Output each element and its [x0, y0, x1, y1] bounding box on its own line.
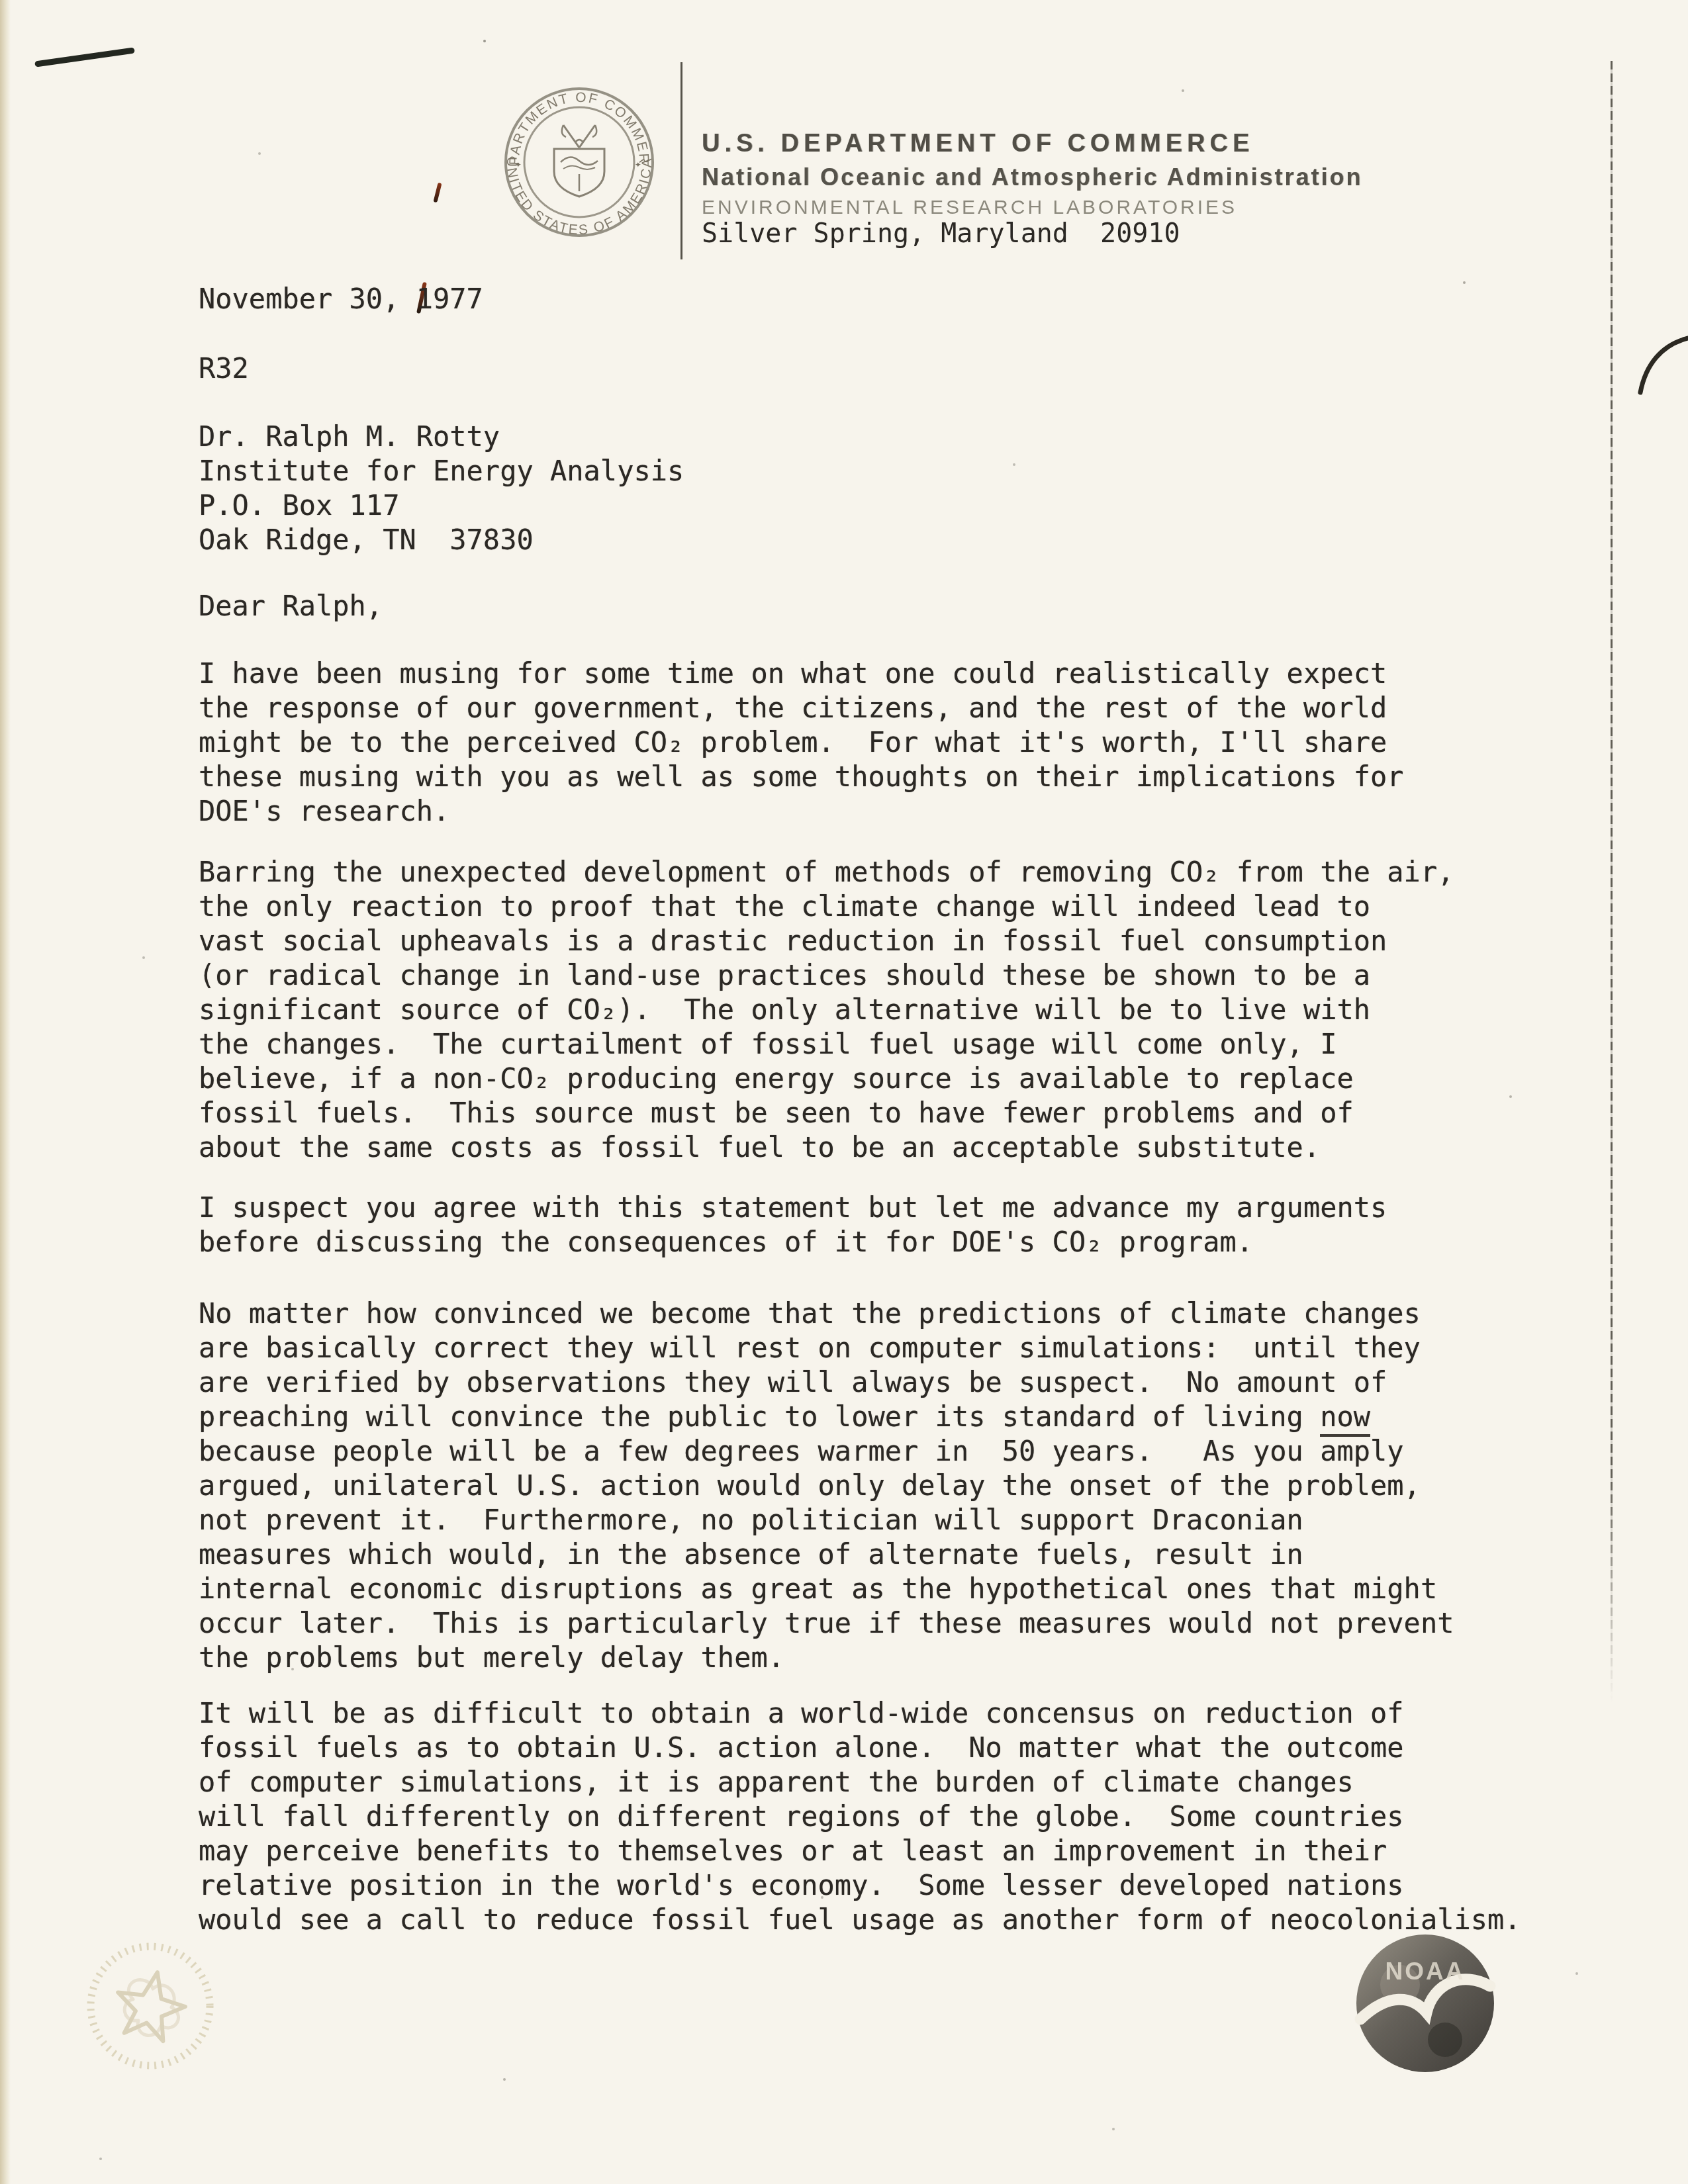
letter-paragraph: I suspect you agree with this statement …: [199, 1191, 1387, 1259]
paper-edge-shadow: [0, 0, 11, 2184]
seal-star: ✦: [515, 158, 522, 170]
recipient-address-block: Dr. Ralph M. RottyInstitute for Energy A…: [199, 420, 684, 557]
letter-line: would see a call to reduce fossil fuel u…: [199, 1903, 1521, 1937]
letter-line: Institute for Energy Analysis: [199, 454, 684, 488]
letter-paragraph: Barring the unexpected development of me…: [199, 855, 1454, 1165]
letter-line: not prevent it. Furthermore, no politici…: [199, 1503, 1454, 1537]
letterhead-agency: National Oceanic and Atmospheric Adminis…: [702, 163, 1362, 191]
letterhead-address: Silver Spring, Maryland 20910: [702, 218, 1180, 249]
letter-line: No matter how convinced we become that t…: [199, 1297, 1454, 1331]
underlined-word: now: [1320, 1400, 1370, 1437]
bicentennial-stamp-icon: [79, 1936, 221, 2076]
letter-line: the only reaction to proof that the clim…: [199, 889, 1454, 924]
letter-line: Oak Ridge, TN 37830: [199, 523, 684, 557]
letter-line: might be to the perceived CO₂ problem. F…: [199, 725, 1404, 760]
letter-line: before discussing the consequences of it…: [199, 1225, 1387, 1259]
letterhead-office: ENVIRONMENTAL RESEARCH LABORATORIES: [702, 197, 1237, 219]
line-segment: preaching will convince the public to lo…: [199, 1400, 1320, 1433]
letter-line: the response of our government, the citi…: [199, 691, 1404, 725]
letter-line: measures which would, in the absence of …: [199, 1537, 1454, 1572]
letter-line: Dr. Ralph M. Rotty: [199, 420, 684, 454]
pen-mark: [34, 47, 135, 67]
letter-date: November 30, 1977: [199, 282, 483, 316]
letter-line: the changes. The curtailment of fossil f…: [199, 1027, 1454, 1062]
letter-line: about the same costs as fossil fuel to b…: [199, 1130, 1454, 1165]
letter-line: preaching will convince the public to lo…: [199, 1400, 1454, 1434]
scan-speckles: [0, 0, 3, 3]
letter-line: because people will be a few degrees war…: [199, 1434, 1454, 1469]
letter-line: will fall differently on different regio…: [199, 1799, 1521, 1834]
letter-line: these musing with you as well as some th…: [199, 760, 1404, 794]
noaa-stamp-icon: NOAA: [1350, 1929, 1500, 2077]
letter-line: fossil fuels as to obtain U.S. action al…: [199, 1731, 1521, 1765]
scan-fold-line: [1611, 61, 1613, 1702]
letter-line: (or radical change in land-use practices…: [199, 958, 1454, 993]
seal-star: ✦: [635, 158, 641, 170]
letter-line: are verified by observations they will a…: [199, 1365, 1454, 1400]
letter-line: the problems but merely delay them.: [199, 1641, 1454, 1675]
letter-line: It will be as difficult to obtain a worl…: [199, 1696, 1521, 1731]
seal-shield: [554, 125, 604, 197]
letter-line: are basically correct they will rest on …: [199, 1331, 1454, 1365]
letter-line: Barring the unexpected development of me…: [199, 855, 1454, 889]
letter-line: believe, if a non-CO₂ producing energy s…: [199, 1062, 1454, 1096]
letter-line: may perceive benefits to themselves or a…: [199, 1834, 1521, 1868]
letter-paragraph: It will be as difficult to obtain a worl…: [199, 1696, 1521, 1937]
letter-line: fossil fuels. This source must be seen t…: [199, 1096, 1454, 1130]
letter-line: of computer simulations, it is apparent …: [199, 1765, 1521, 1799]
letter-line: DOE's research.: [199, 794, 1404, 829]
letter-line: relative position in the world's economy…: [199, 1868, 1521, 1903]
bicentennial-star: [110, 1965, 191, 2044]
noaa-stamp-label: NOAA: [1385, 1958, 1466, 1985]
letter-line: argued, unilateral U.S. action would onl…: [199, 1469, 1454, 1503]
letter-paragraph: I have been musing for some time on what…: [199, 657, 1404, 829]
letter-reference-code: R32: [199, 351, 249, 386]
letter-line: I suspect you agree with this statement …: [199, 1191, 1387, 1225]
letter-paragraph: No matter how convinced we become that t…: [199, 1297, 1454, 1675]
letter-line: significant source of CO₂). The only alt…: [199, 993, 1454, 1027]
ink-tick-mark: [433, 183, 442, 203]
letter-line: occur later. This is particularly true i…: [199, 1606, 1454, 1641]
letterhead-divider: [680, 62, 682, 259]
commerce-seal-icon: DEPARTMENT OF COMMERCE UNITED STATES OF …: [503, 86, 655, 238]
letter-line: P.O. Box 117: [199, 488, 684, 523]
letter-line: vast social upheavals is a drastic reduc…: [199, 924, 1454, 958]
svg-text:DEPARTMENT OF COMMERCE: DEPARTMENT OF COMMERCE: [507, 90, 651, 165]
seal-top-text: DEPARTMENT OF COMMERCE: [507, 90, 651, 165]
letter-line: internal economic disruptions as great a…: [199, 1572, 1454, 1606]
pen-curve-mark: [1634, 334, 1688, 397]
letterhead-dept: U.S. DEPARTMENT OF COMMERCE: [702, 130, 1254, 158]
letter-salutation: Dear Ralph,: [199, 589, 383, 623]
letter-line: I have been musing for some time on what…: [199, 657, 1404, 691]
scanned-letter-page: DEPARTMENT OF COMMERCE UNITED STATES OF …: [0, 0, 1688, 2184]
